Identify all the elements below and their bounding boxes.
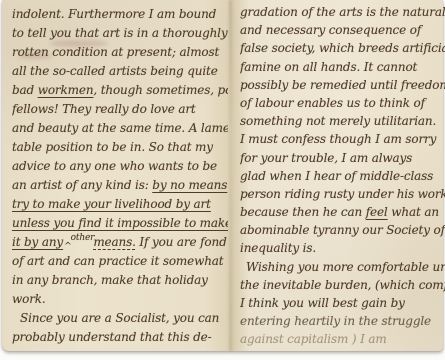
handwriting-line: against capitalism ) I am [240, 332, 445, 350]
handwriting-segment: glad when I hear of middle-class [240, 169, 433, 183]
page-fold-crease [229, 0, 232, 351]
handwriting-line: table position to be in. So that my [12, 140, 228, 159]
handwriting-line: gradation of the arts is the natural [240, 5, 445, 23]
handwriting-segment: I must confess though I am sorry [240, 132, 436, 146]
handwriting-segment: something not merely utilitarian. [240, 114, 436, 128]
handwriting-line: possibly be remedied until freedom [240, 78, 445, 96]
handwriting-segment: try to make your livelihood by art [12, 197, 211, 211]
handwriting-line: the inevitable burden, (which comfort [240, 278, 445, 296]
handwriting-segment: workmen [38, 83, 94, 97]
handwriting-segment: what an [388, 205, 439, 219]
handwriting-line: false society, which breeds artificial [240, 41, 445, 59]
handwriting-segment: entering heartily in the struggle [240, 314, 431, 328]
handwriting-segment: unless you find it impossible to make [12, 216, 228, 230]
handwriting-segment: If you are fond [136, 235, 227, 249]
handwriting-segment: of art and can practice it somewhat [12, 254, 223, 268]
handwriting-segment: for your trouble, I am always [240, 151, 412, 165]
handwriting-line: I must confess though I am sorry [240, 132, 445, 150]
handwriting-segment: rotten condition at present; almost [12, 45, 219, 59]
handwriting-segment: work. [12, 292, 46, 306]
handwriting-segment: person riding rusty under his work, [240, 187, 445, 201]
handwriting-segment: inequality is. [240, 241, 316, 255]
letter-paper: indolent. Furthermore I am boundto tell … [2, 0, 443, 351]
handwriting-line: rotten condition at present; almost [12, 45, 228, 64]
handwriting-line: probably understand that this de- [12, 330, 228, 349]
handwriting-segment: indolent. Furthermore I am bound [12, 7, 216, 21]
handwriting-line: abominable tyranny our Society of [240, 223, 445, 241]
handwriting-line: glad when I hear of middle-class [240, 169, 445, 187]
handwriting-line: Wishing you more comfortable under [246, 260, 445, 278]
handwriting-line: all the so-called artists being quite [12, 64, 228, 83]
handwriting-line: famine on all hands. It cannot [240, 60, 445, 78]
handwriting-segment: all the so-called artists being quite [12, 64, 218, 78]
handwriting-segment: ^ [64, 242, 71, 252]
handwriting-line: inequality is. [240, 241, 445, 259]
handwriting-line: for your trouble, I am always [240, 151, 445, 169]
handwriting-line: I think you will best gain by [240, 296, 445, 314]
handwriting-segment: and necessary consequence of [240, 23, 421, 37]
handwriting-segment: the inevitable burden, (which comfort [240, 278, 445, 292]
handwriting-segment: I think you will best gain by [240, 296, 405, 310]
handwriting-segment: and beauty at the same time. A lamen- [12, 121, 228, 135]
handwriting-line: unless you find it impossible to make [12, 216, 228, 235]
handwriting-segment: an artist of any kind is: [12, 178, 152, 192]
handwriting-segment: feel [366, 205, 388, 219]
handwriting-segment: , though sometimes, poor [93, 83, 228, 97]
handwriting-line: an artist of any kind is: by no means [12, 178, 228, 197]
handwriting-segment: advice to any one who wants to be [12, 159, 217, 173]
handwriting-segment: bad [12, 83, 38, 97]
handwriting-segment: fellows! They really do love art [12, 102, 196, 116]
handwriting-segment: probably understand that this de- [12, 330, 212, 344]
handwriting-segment: abominable tyranny our Society of [240, 223, 445, 237]
handwriting-line: of labour enables us to think of [240, 96, 445, 114]
handwriting-line: Since you are a Socialist, you can [20, 311, 228, 330]
handwriting-segment: Wishing you more comfortable under [246, 260, 445, 274]
handwriting-line: person riding rusty under his work, [240, 187, 445, 205]
handwriting-line: it by any^othermeans. If you are fond [12, 235, 228, 254]
handwriting-segment: false society, which breeds artificial [240, 41, 445, 55]
handwriting-line: something not merely utilitarian. [240, 114, 445, 132]
handwriting-segment: other [71, 233, 95, 243]
handwriting-line: work. [12, 292, 228, 311]
handwriting-line: to tell you that art is in a thoroughly [12, 26, 228, 45]
handwriting-line: and necessary consequence of [240, 23, 445, 41]
handwriting-segment: famine on all hands. It cannot [240, 60, 417, 74]
handwriting-segment: table position to be in. So that my [12, 140, 213, 154]
page-left: indolent. Furthermore I am boundto tell … [12, 7, 228, 351]
handwriting-line: advice to any one who wants to be [12, 159, 228, 178]
handwriting-line: bad workmen, though sometimes, poor [12, 83, 228, 102]
page-right: gradation of the arts is the naturaland … [240, 5, 445, 351]
handwriting-segment: to tell you that art is in a thoroughly [12, 26, 228, 40]
handwriting-segment: Since you are a Socialist, you can [20, 311, 219, 325]
handwriting-segment: possibly be remedied until freedom [240, 78, 445, 92]
handwriting-segment: gradation of the arts is the natural [240, 5, 445, 19]
handwriting-segment: of labour enables us to think of [240, 96, 425, 110]
handwriting-line: because then he can feel what an [240, 205, 445, 223]
handwriting-line: fellows! They really do love art [12, 102, 228, 121]
handwriting-segment: by no means [152, 178, 227, 192]
handwriting-segment: means. [93, 235, 135, 249]
handwriting-line: and beauty at the same time. A lamen- [12, 121, 228, 140]
handwriting-line: in any branch, make that holiday [12, 273, 228, 292]
handwriting-line: entering heartily in the struggle [240, 314, 445, 332]
handwriting-segment: it by any [12, 235, 63, 249]
handwriting-segment: because then he can [240, 205, 366, 219]
handwriting-line: try to make your livelihood by art [12, 197, 228, 216]
handwriting-line: of art and can practice it somewhat [12, 254, 228, 273]
handwriting-line: indolent. Furthermore I am bound [12, 7, 228, 26]
handwriting-segment: against capitalism ) I am [240, 332, 387, 346]
handwriting-segment: in any branch, make that holiday [12, 273, 208, 287]
